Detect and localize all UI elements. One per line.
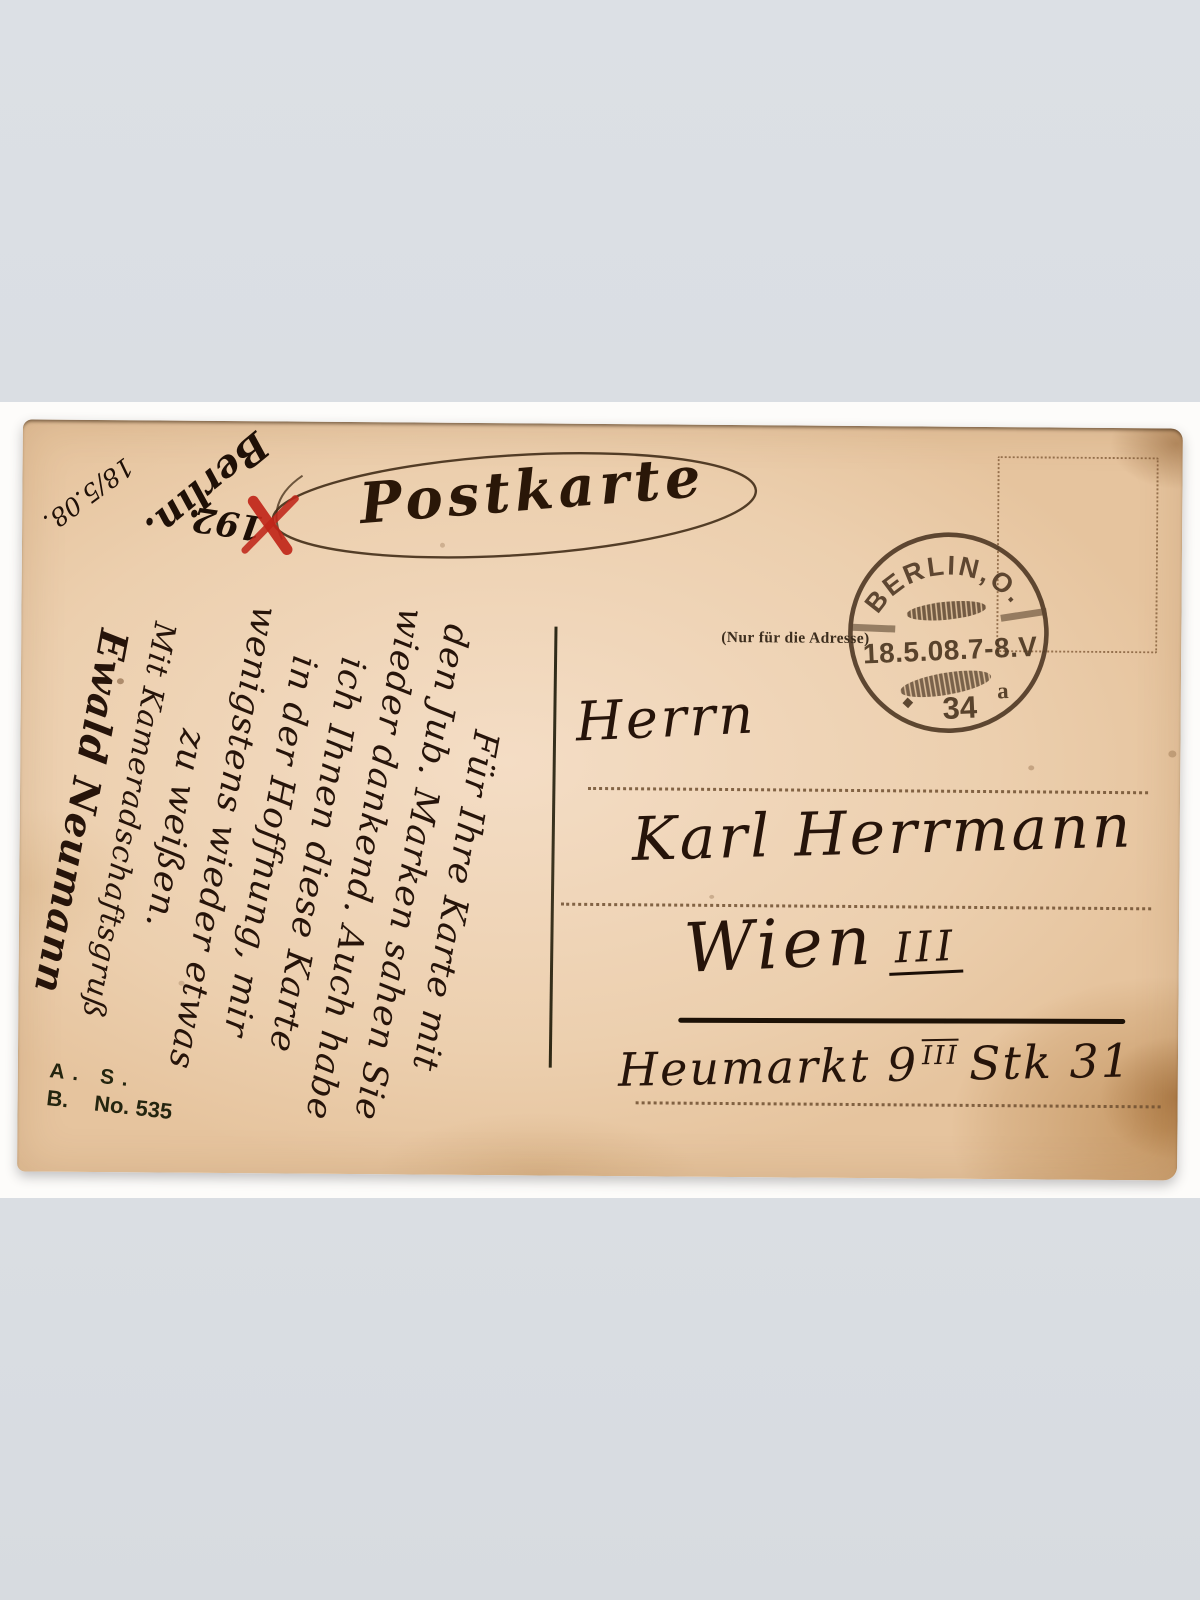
age-spot — [179, 981, 185, 986]
address-recipient: Karl Herrmann — [631, 791, 1134, 875]
handwritten-message: Für Ihre Karte mit den Jub. Marken sahen… — [10, 552, 529, 1142]
address-floor: III — [922, 1040, 959, 1071]
photo-background-top — [0, 0, 1200, 402]
age-spot — [440, 543, 445, 548]
photo-background-bottom — [0, 1198, 1200, 1600]
age-spot — [117, 678, 124, 684]
postmark-office-letter: a — [997, 678, 1010, 704]
age-spot — [1168, 750, 1176, 757]
age-spot — [709, 895, 714, 899]
address-city-district: III — [888, 921, 964, 976]
address-city-name: Wien — [682, 902, 876, 989]
berlin-postmark-stamp: BERLIN,O. 18.5.08.7-8.V ◆ 34 a — [838, 518, 1056, 742]
age-spot — [1028, 765, 1034, 770]
red-x-mark — [240, 493, 300, 555]
center-divider-line — [549, 627, 558, 1068]
imprint-series-b: B. — [45, 1085, 70, 1113]
postcard-back: Postkarte 18/5.08. Berlin. 192 B — [17, 419, 1183, 1180]
address-city: WienIII — [682, 898, 964, 989]
address-salutation: Herrn — [574, 683, 757, 754]
scan-area: Postkarte 18/5.08. Berlin. 192 B — [0, 402, 1200, 1198]
postmark-office-number: 34 — [942, 689, 979, 726]
address-street: Heumarkt 9 — [617, 1037, 918, 1096]
postmark-datetime: 18.5.08.7-8.V — [862, 631, 1038, 670]
corner-date-note: 18/5.08. — [38, 452, 139, 537]
address-dotted-line — [636, 1101, 1161, 1108]
address-only-note: (Nur für die Adresse) — [721, 629, 869, 648]
address-street-line: Heumarkt 9IIIStk 31 — [617, 1033, 1132, 1096]
postmark-star-icon: ◆ — [902, 694, 914, 710]
address-unit: Stk 31 — [968, 1033, 1132, 1090]
city-underline — [678, 1018, 1125, 1024]
